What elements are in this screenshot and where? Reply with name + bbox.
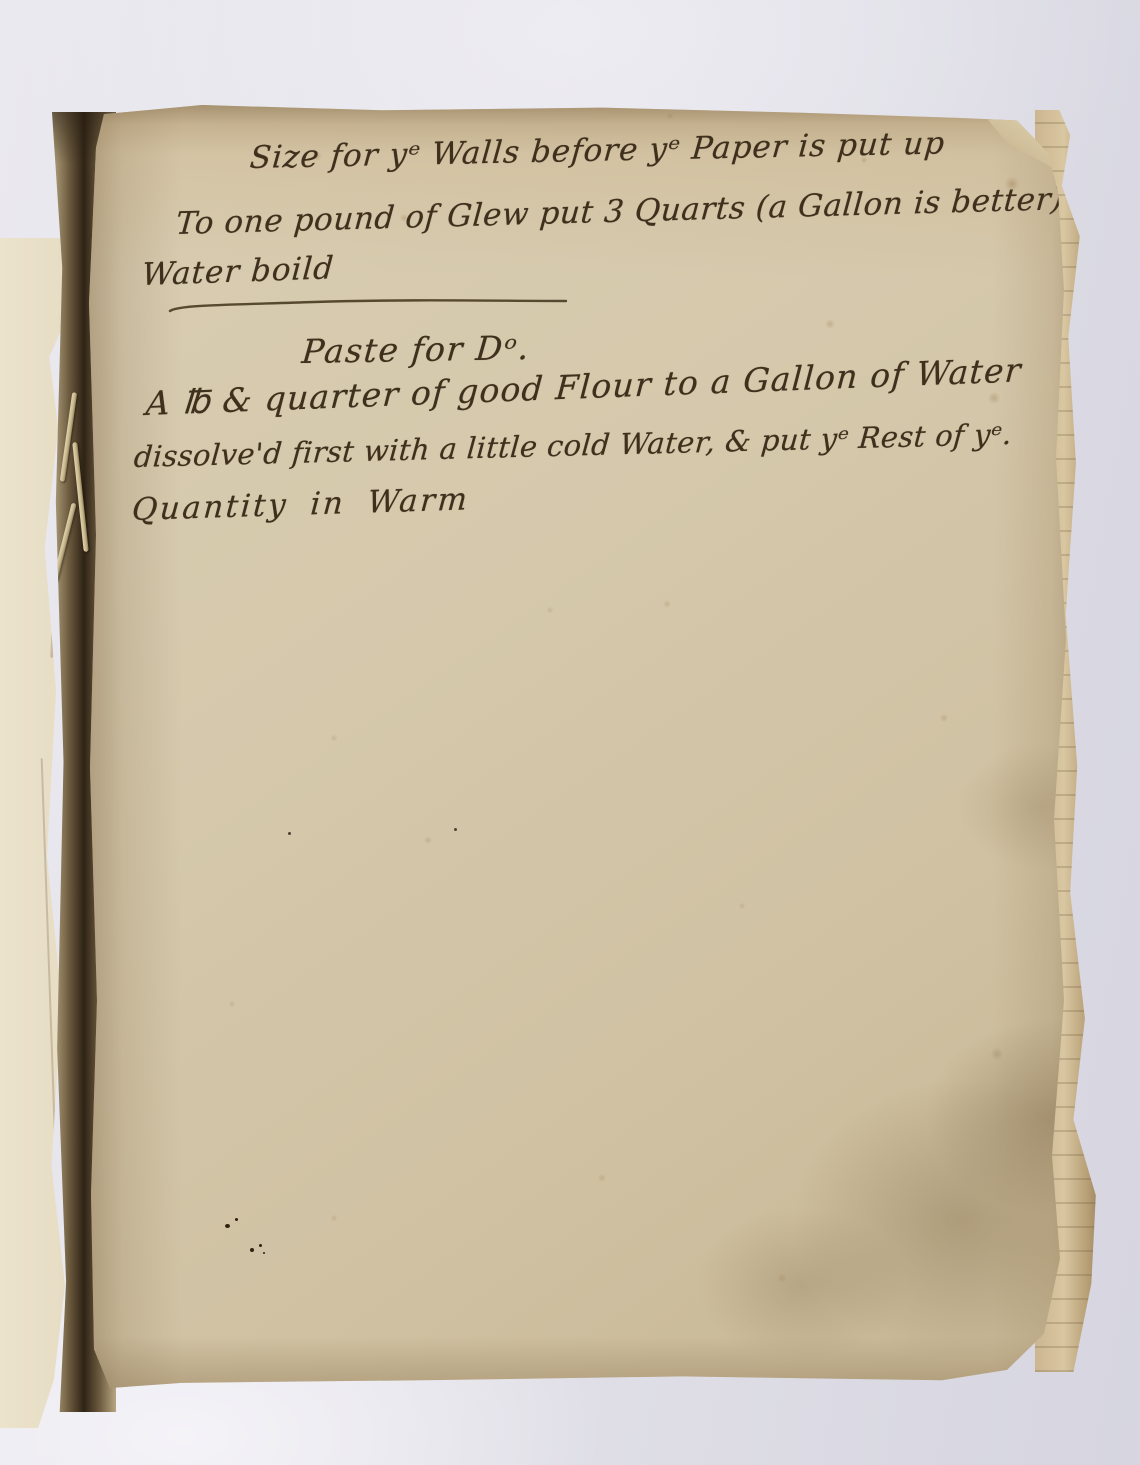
manuscript-line-glew-recipe: To one pound of Glew put 3 Quarts (a Gal… [175,180,1107,242]
photo-scene: Size for yᵉ Walls before yᵉ Paper is put… [0,0,1140,1465]
manuscript-line-flour-recipe: A ℔ & quarter of good Flour to a Gallon … [145,350,1023,423]
page-crease [41,758,58,1178]
ink-speck [288,832,291,835]
ink-speck [225,1224,230,1228]
manuscript-line-quantity-warm: Quantity in Warm [131,481,471,528]
manuscript-heading-paste-for-ditto: Paste for Dᵒ. [300,328,532,371]
binding-thread [72,442,88,552]
ink-speck [263,1252,265,1254]
ink-speck [259,1244,262,1247]
binding-thread [52,503,76,582]
manuscript-line-water-boild: Water boild [141,250,336,293]
manuscript-line-dissolved: dissolve'd first with a little cold Wate… [133,417,1014,474]
manuscript-heading-size-for-walls: Size for yᵉ Walls before yᵉ Paper is put… [248,125,946,176]
ink-speck [454,828,457,831]
manuscript-page: Size for yᵉ Walls before yᵉ Paper is put… [82,96,1082,1388]
ink-divider-rule [164,294,574,320]
ink-speck [250,1248,254,1252]
ink-speck [235,1218,238,1221]
